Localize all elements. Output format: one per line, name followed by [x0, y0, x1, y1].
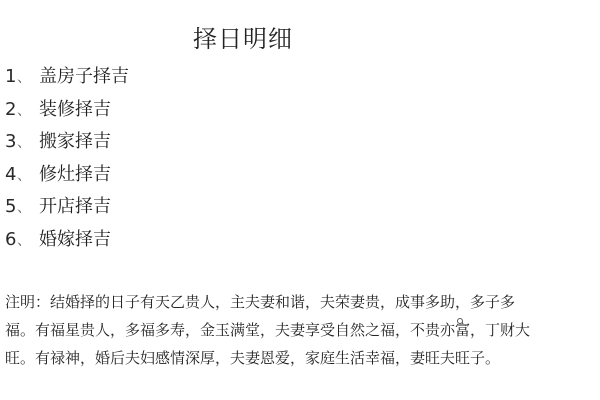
list-item-label: 搬家择吉 — [39, 131, 111, 152]
list-item-label: 盖房子择吉 — [39, 66, 129, 87]
note-line: 注明：结婚择的日子有天乙贵人，主夫妻和谐，夫荣妻贵，成事多助，多子多 — [5, 288, 595, 316]
list-item-separator: 、 — [17, 163, 25, 189]
list-item-separator: 、 — [17, 228, 25, 254]
note-text: ，丁财大 — [470, 321, 530, 339]
list-item-label: 装修择吉 — [39, 99, 111, 120]
list-item: 6、婚嫁择吉 — [5, 227, 129, 260]
note-text: 福。有福星贵人，多福多寿，金玉满堂，夫妻享受自然之福，不贵亦 — [5, 321, 455, 339]
page-title: 择日明细 — [193, 24, 293, 54]
note-line: 旺。有禄神，婚后夫妇感情深厚，夫妻恩爱，家庭生活幸福，妻旺夫旺子。 — [5, 344, 595, 372]
list-item-separator: 、 — [17, 195, 25, 221]
list-item-label: 开店择吉 — [39, 196, 111, 217]
note-paragraph: 注明：结婚择的日子有天乙贵人，主夫妻和谐，夫荣妻贵，成事多助，多子多 福。有福星… — [5, 288, 595, 372]
list-item-separator: 、 — [17, 98, 25, 124]
list-item: 3、搬家择吉 — [5, 129, 129, 162]
auspicious-date-list: 1、盖房子择吉 2、装修择吉 3、搬家择吉 4、修灶择吉 5、开店择吉 6、婚嫁… — [5, 64, 129, 260]
list-item-separator: 、 — [17, 130, 25, 156]
list-item: 2、装修择吉 — [5, 97, 129, 130]
list-item-label: 婚嫁择吉 — [39, 229, 111, 250]
list-item-separator: 、 — [17, 65, 25, 91]
list-item: 5、开店择吉 — [5, 194, 129, 227]
list-item: 1、盖房子择吉 — [5, 64, 129, 97]
list-item: 4、修灶择吉 — [5, 162, 129, 195]
note-line: 福。有福星贵人，多福多寿，金玉满堂，夫妻享受自然之福，不贵亦富，丁财大 — [5, 316, 595, 344]
list-item-label: 修灶择吉 — [39, 164, 111, 185]
marked-character: 富 — [455, 316, 470, 344]
